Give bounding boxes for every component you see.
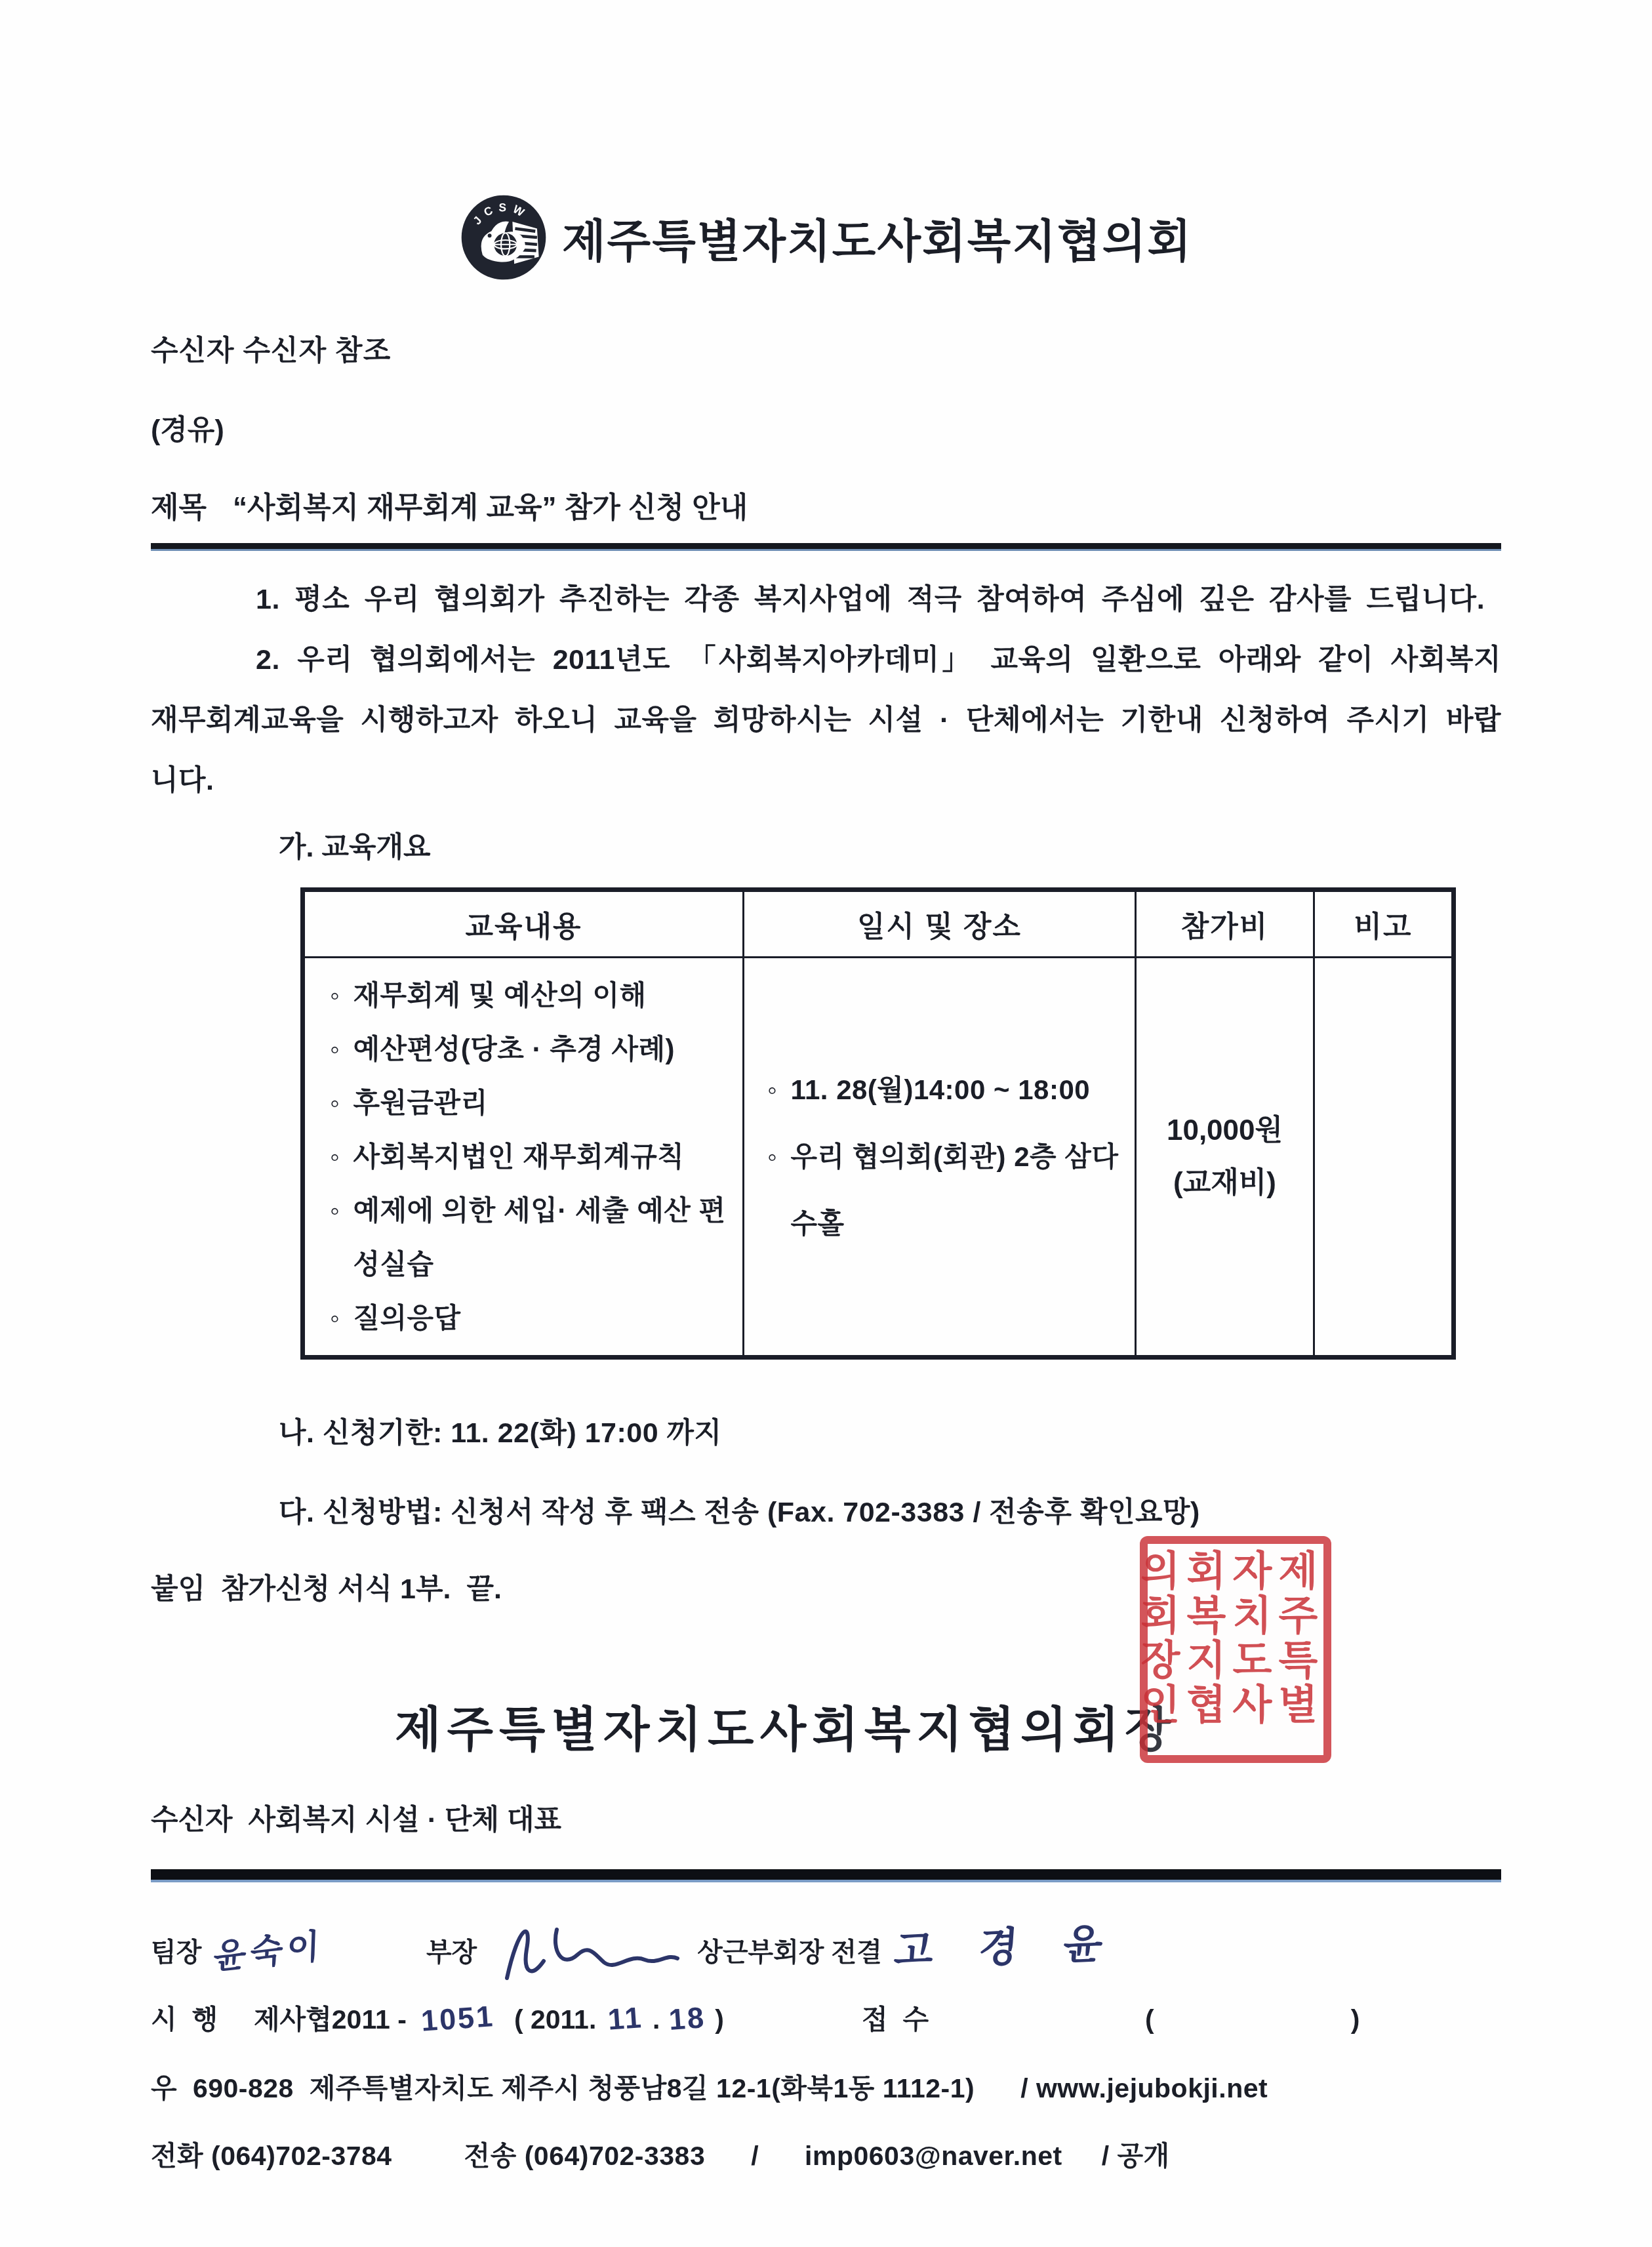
content-item: 재무회계 및 예산의 이해	[330, 969, 729, 1022]
content-item: 예제에 의한 세입· 세출 예산 편성실습	[330, 1184, 729, 1291]
footer-recipient: 수신자 사회복지 시설 · 단체 대표	[151, 1798, 1501, 1838]
content-item: 사회복지법인 재무회계규칙	[330, 1130, 729, 1184]
approver-role-team-leader: 팀장	[151, 1932, 201, 1986]
seal-text-column: 자치도사	[1225, 1549, 1271, 1750]
subject-divider	[151, 543, 1501, 551]
schedule-item: 우리 협의회(회관) 2층 삼다수홀	[767, 1123, 1125, 1257]
jcsw-logo: JCSW	[460, 193, 548, 281]
contact-slash: /	[751, 2141, 759, 2172]
recipient-line: 수신자 수신자 참조	[151, 329, 1501, 369]
th-note: 비고	[1314, 890, 1454, 958]
official-seal: 제주특별 자치도사 회복지협 의회장인	[1140, 1536, 1331, 1763]
footer-divider	[151, 1869, 1501, 1882]
dispatch-day-handwritten: 18	[668, 2000, 708, 2037]
receipt-label: 접 수	[862, 1998, 929, 2036]
cell-education-contents: 재무회계 및 예산의 이해 예산편성(당초 · 추경 사례) 후원금관리 사회복…	[303, 958, 744, 1358]
th-schedule: 일시 및 장소	[744, 890, 1136, 958]
subject-line: 제목 “사회복지 재무회계 교육” 참가 신청 안내	[151, 484, 1501, 526]
dispatch-date-close: )	[715, 2004, 724, 2035]
cell-schedule: 11. 28(월)14:00 ~ 18:00 우리 협의회(회관) 2층 삼다수…	[744, 958, 1136, 1358]
closing-title: 제주특별자치도사회복지협의회장	[395, 1691, 1501, 1760]
subject-text: “사회복지 재무회계 교육” 참가 신청 안내	[233, 484, 748, 526]
deadline-line: 나. 신청기한: 11. 22(화) 17:00 까지	[279, 1411, 1501, 1451]
dispatch-dot: .	[653, 2004, 660, 2035]
dispatch-doc-no: 제사협2011 -	[254, 1998, 407, 2036]
body-paragraph-2: 2. 우리 협의회에서는 2011년도 「사회복지아카데미」 교육의 일환으로 …	[151, 630, 1501, 811]
signature-department-head	[489, 1913, 685, 1986]
via-line: (경유)	[151, 408, 1501, 448]
approver-role-department-head: 부장	[426, 1932, 477, 1986]
th-fee: 참가비	[1136, 890, 1314, 958]
education-table: 교육내용 일시 및 장소 참가비 비고 재무회계 및 예산의 이해 예산편성(당…	[300, 887, 1456, 1360]
receipt-paren-open: (	[1145, 2004, 1154, 2035]
th-content: 교육내용	[303, 890, 744, 958]
dispatch-month-handwritten: 11	[607, 2000, 645, 2037]
address-line: 우 690-828 제주특별자치도 제주시 청풍남8길 12-1(화북1동 11…	[151, 2067, 1501, 2105]
approver-role-vice-chair: 상근부회장 전결	[697, 1932, 882, 1986]
dispatch-date-open: ( 2011.	[514, 2004, 596, 2035]
content-item: 질의응답	[330, 1291, 729, 1345]
dispatch-doc-no-handwritten: 1051	[420, 1999, 495, 2038]
schedule-item: 11. 28(월)14:00 ~ 18:00	[767, 1057, 1125, 1123]
fax-number: 전송 (064)702-3383	[464, 2134, 706, 2173]
subject-label: 제목	[151, 484, 207, 526]
telephone: 전화 (064)702-3784	[151, 2134, 392, 2173]
seal-text-column: 의회장인	[1133, 1549, 1179, 1750]
phone-line: 전화 (064)702-3784 전송 (064)702-3383 / imp0…	[151, 2134, 1501, 2173]
fee-note: (교재비)	[1137, 1157, 1312, 1209]
document-page: JCSW 제주특별자치도사회복지협의회 수신자 수신자	[0, 0, 1652, 2247]
table-header-row: 교육내용 일시 및 장소 참가비 비고	[303, 890, 1454, 958]
org-name: 제주특별자치도사회복지협의회	[562, 205, 1192, 270]
body-paragraph-1: 1. 평소 우리 협의회가 추진하는 각종 복지사업에 적극 참여하여 주심에 …	[151, 569, 1501, 630]
receipt-paren-close: )	[1351, 2004, 1360, 2035]
disclosure-flag: / 공개	[1102, 2134, 1170, 2173]
seal-text-column: 제주특별	[1271, 1549, 1317, 1750]
table-body-row: 재무회계 및 예산의 이해 예산편성(당초 · 추경 사례) 후원금관리 사회복…	[303, 958, 1454, 1358]
signature-vice-chair: 고 경 윤	[891, 1911, 1122, 1990]
fee-amount: 10,000원	[1137, 1104, 1312, 1157]
dispatch-label: 시 행	[151, 1998, 218, 2036]
content-item: 예산편성(당초 · 추경 사례)	[330, 1022, 729, 1076]
cell-fee: 10,000원 (교재비)	[1136, 958, 1314, 1358]
org-header: JCSW 제주특별자치도사회복지협의회	[151, 193, 1501, 281]
method-line: 다. 신청방법: 신청서 작성 후 팩스 전송 (Fax. 702-3383 /…	[279, 1490, 1501, 1530]
approval-row: 팀장 윤숙이 부장 상근부회장 전결 고 경 윤	[151, 1909, 1501, 1986]
content-item: 후원금관리	[330, 1076, 729, 1130]
website: / www.jejubokji.net	[1020, 2073, 1268, 2104]
postal-address: 우 690-828 제주특별자치도 제주시 청풍남8길 12-1(화북1동 11…	[151, 2067, 975, 2105]
section-a-title: 가. 교육개요	[279, 825, 1501, 865]
cell-note	[1314, 958, 1454, 1358]
seal-text-column: 회복지협	[1179, 1549, 1225, 1750]
signature-team-leader: 윤숙이	[212, 1918, 325, 1993]
email: imp0603@naver.net	[805, 2141, 1062, 2172]
dispatch-line: 시 행 제사협2011 - 1051 ( 2011. 11 . 18 ) 접 수…	[151, 1998, 1501, 2036]
